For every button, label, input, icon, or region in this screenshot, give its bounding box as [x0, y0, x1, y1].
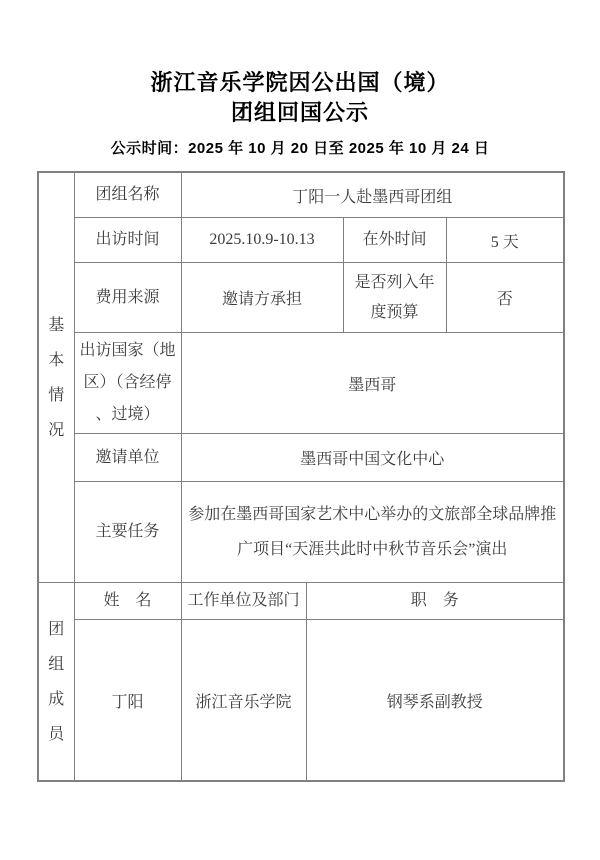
members-header-row: 团组成员 姓 名 工作单位及部门 职 务 [38, 583, 564, 620]
table-row: 邀请单位 墨西哥中国文化中心 [38, 434, 564, 482]
member-unit-header: 工作单位及部门 [181, 583, 306, 620]
document-page: 浙江音乐学院因公出国（境） 团组回国公示 公示时间：2025 年 10 月 20… [0, 0, 600, 860]
member-row: 丁阳 浙江音乐学院 钢琴系副教授 [38, 620, 564, 782]
visit-time-value: 2025.10.9-10.13 [181, 218, 343, 263]
visit-time-label: 出访时间 [74, 218, 181, 263]
group-name-value: 丁阳一人赴墨西哥团组 [181, 172, 564, 218]
annual-budget-value: 否 [446, 263, 564, 333]
notice-table: 基本情况 团组名称 丁阳一人赴墨西哥团组 出访时间 2025.10.9-10.1… [37, 171, 565, 782]
days-abroad-value: 5 天 [446, 218, 564, 263]
main-task-label: 主要任务 [74, 482, 181, 583]
group-name-label: 团组名称 [74, 172, 181, 218]
main-task-value: 参加在墨西哥国家艺术中心举办的文旅部全球品牌推广项目“天涯共此时中秋节音乐会”演… [181, 482, 564, 583]
funding-value: 邀请方承担 [181, 263, 343, 333]
member-unit: 浙江音乐学院 [181, 620, 306, 782]
countries-label: 出访国家（地区）（含经停、过境） [74, 333, 181, 434]
inviter-label: 邀请单位 [74, 434, 181, 482]
section-label-basic-info: 基本情况 [38, 172, 74, 583]
annual-budget-label: 是否列入年度预算 [343, 263, 446, 333]
table-row: 出访国家（地区）（含经停、过境） 墨西哥 [38, 333, 564, 434]
table-row: 主要任务 参加在墨西哥国家艺术中心举办的文旅部全球品牌推广项目“天涯共此时中秋节… [38, 482, 564, 583]
table-row: 费用来源 邀请方承担 是否列入年度预算 否 [38, 263, 564, 333]
days-abroad-label: 在外时间 [343, 218, 446, 263]
funding-label: 费用来源 [74, 263, 181, 333]
section-label-members: 团组成员 [38, 583, 74, 782]
publicity-period: 公示时间：2025 年 10 月 20 日至 2025 年 10 月 24 日 [0, 137, 600, 158]
table-row: 出访时间 2025.10.9-10.13 在外时间 5 天 [38, 218, 564, 263]
countries-value: 墨西哥 [181, 333, 564, 434]
member-position-header: 职 务 [306, 583, 564, 620]
page-title-line1: 浙江音乐学院因公出国（境） [0, 68, 600, 98]
table-row: 基本情况 团组名称 丁阳一人赴墨西哥团组 [38, 172, 564, 218]
member-name-header: 姓 名 [74, 583, 181, 620]
member-name: 丁阳 [74, 620, 181, 782]
page-title-line2: 团组回国公示 [0, 98, 600, 128]
inviter-value: 墨西哥中国文化中心 [181, 434, 564, 482]
member-position: 钢琴系副教授 [306, 620, 564, 782]
page-title: 浙江音乐学院因公出国（境） 团组回国公示 [0, 68, 600, 128]
